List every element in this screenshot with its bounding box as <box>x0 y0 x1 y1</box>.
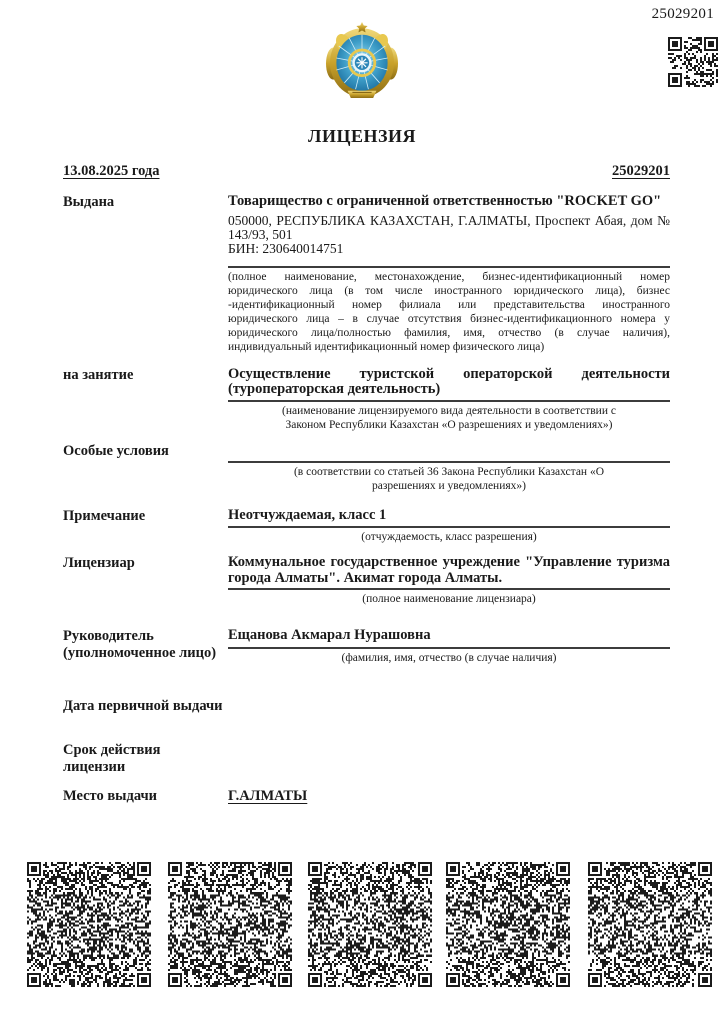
qr-code-3 <box>308 862 432 987</box>
qr-codes-row <box>0 862 724 988</box>
activity-note: (наименование лицензируемого вида деятел… <box>228 404 670 432</box>
field-validity: Срок действия лицензии <box>63 742 670 776</box>
field-label-issued-to: Выдана <box>63 194 228 211</box>
field-label-special-conditions: Особые условия <box>63 443 228 460</box>
field-issue-place: Место выдачи Г.АЛМАТЫ <box>63 788 670 805</box>
qr-code-5 <box>588 862 712 987</box>
field-label-head: Руководитель (уполномоченное лицо) <box>63 628 228 662</box>
field-label-activity: на занятие <box>63 367 228 384</box>
activity-value: Осуществление туристской операторской де… <box>228 367 670 398</box>
special-conditions-note: (в соответствии со статьей 36 Закона Рес… <box>228 465 670 493</box>
separator-line <box>228 526 670 528</box>
remark-note: (отчуждаемость, класс разрешения) <box>228 530 670 544</box>
field-first-issue-date: Дата первичной выдачи <box>63 698 670 715</box>
field-label-remark: Примечание <box>63 508 228 525</box>
issued-to-name: Товарищество с ограниченной ответственно… <box>228 194 670 210</box>
qr-code-1 <box>27 862 151 987</box>
issued-to-address: 050000, РЕСПУБЛИКА КАЗАХСТАН, Г.АЛМАТЫ, … <box>228 214 670 242</box>
date-number-row: 13.08.2025 года 25029201 <box>63 163 670 180</box>
licensor-value: Коммунальное государственное учреждение … <box>228 555 670 586</box>
field-head: Руководитель (уполномоченное лицо) Ещано… <box>63 628 670 665</box>
license-number-top: 25029201 <box>652 6 714 23</box>
separator-line <box>228 461 670 463</box>
issued-to-bin: БИН: 230640014751 <box>228 242 670 256</box>
head-note: (фамилия, имя, отчество (в случае наличи… <box>228 651 670 665</box>
qr-code-top <box>668 37 718 87</box>
license-body: 13.08.2025 года 25029201 Выдана Товарище… <box>63 163 670 805</box>
qr-code-4 <box>446 862 570 987</box>
separator-line <box>228 647 670 649</box>
issue-date: 13.08.2025 года <box>63 163 160 180</box>
special-conditions-value <box>228 443 670 461</box>
issued-to-note: (полное наименование, местонахождение, б… <box>228 270 670 354</box>
license-number: 25029201 <box>612 163 670 180</box>
field-label-issue-place: Место выдачи <box>63 788 228 805</box>
licensor-note: (полное наименование лицензиара) <box>228 592 670 606</box>
remark-value: Неотчуждаемая, класс 1 <box>228 508 670 524</box>
page-title: ЛИЦЕНЗИЯ <box>0 126 724 147</box>
field-special-conditions: Особые условия (в соответствии со статье… <box>63 443 670 493</box>
field-label-first-issue-date: Дата первичной выдачи <box>63 698 228 715</box>
field-issued-to: Выдана Товарищество с ограниченной ответ… <box>63 194 670 354</box>
head-value: Ещанова Акмарал Нурашовна <box>228 628 670 644</box>
field-licensor: Лицензиар Коммунальное государственное у… <box>63 555 670 606</box>
qr-code-2 <box>168 862 292 987</box>
separator-line <box>228 266 670 268</box>
kazakhstan-emblem-icon <box>322 20 402 104</box>
issue-place-value: Г.АЛМАТЫ <box>228 788 307 804</box>
field-label-validity: Срок действия лицензии <box>63 742 228 776</box>
separator-line <box>228 588 670 590</box>
field-activity: на занятие Осуществление туристской опер… <box>63 367 670 432</box>
field-remark: Примечание Неотчуждаемая, класс 1 (отчуж… <box>63 508 670 545</box>
field-label-licensor: Лицензиар <box>63 555 228 572</box>
separator-line <box>228 400 670 402</box>
